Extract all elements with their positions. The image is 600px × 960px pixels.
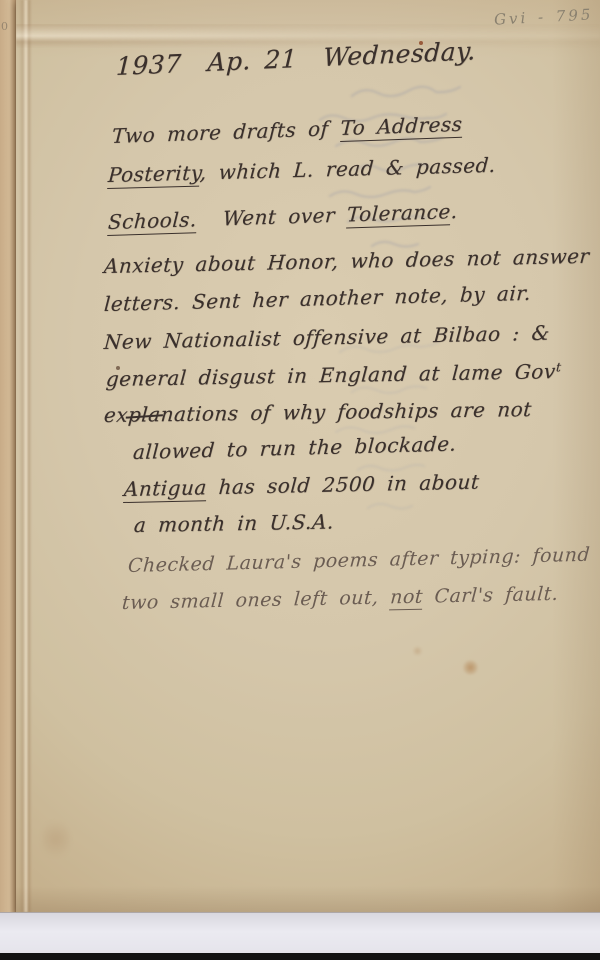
backdrop-edge <box>0 953 600 960</box>
line-text: two small ones left out, <box>121 586 391 614</box>
vertical-fold-crease <box>19 0 32 912</box>
underlined-word: not <box>389 586 423 611</box>
entry-month-day: Ap. 21 <box>207 44 298 77</box>
underlined-title: Tolerance <box>346 199 451 228</box>
diary-line: letters. Sent her another note, by air. <box>103 281 531 316</box>
red-speck <box>419 41 423 45</box>
line-text: has sold 2500 in about <box>206 470 480 500</box>
line-text: general disgust in England at lame Gov <box>105 359 556 391</box>
diary-line: general disgust in England at lame Govt <box>105 359 562 391</box>
struck-out-letters: pla <box>127 402 161 426</box>
line-text: New Nationalist offensive at Bilbao : & <box>103 321 551 354</box>
line-text: Two more drafts of <box>111 116 341 148</box>
line-text: , which L. read & passed. <box>199 153 496 185</box>
diary-line: Two more drafts of To Address <box>111 112 463 148</box>
diary-line: explanations of why foodships are not <box>103 397 533 427</box>
line-text: Went over <box>222 202 347 230</box>
diary-line: New Nationalist offensive at Bilbao : & <box>103 321 551 354</box>
diary-line: a month in U.S.A. <box>133 509 335 537</box>
line-text: Checked Laura's poems after typing: foun… <box>127 544 591 577</box>
line-text: a month in U.S.A. <box>133 509 335 537</box>
line-text: . <box>450 199 458 223</box>
entry-year: 1937 <box>115 49 182 81</box>
diary-line: Checked Laura's poems after typing: foun… <box>127 544 591 577</box>
screenshot-root: 0 <box>0 0 600 960</box>
superscript-abbrev: t <box>556 359 563 374</box>
diary-line: Schools.Went over Tolerance. <box>107 199 458 234</box>
edge-smudge <box>42 816 70 862</box>
underlined-title: Posterity <box>107 161 201 189</box>
fox-spot <box>412 646 423 656</box>
underlined-title: To Address <box>340 112 463 142</box>
line-text: nations of why foodships are not <box>160 397 533 426</box>
corner-mark: 0 <box>1 20 8 33</box>
line-text: letters. Sent her another note, by air. <box>103 281 531 316</box>
mat-strip <box>0 912 600 954</box>
ink-fleck <box>116 366 120 370</box>
diary-line: allowed to run the blockade. <box>132 432 457 465</box>
line-text: Carl's fault. <box>422 583 559 608</box>
diary-page: Gvi - 795 1937Ap. 21Wednesday. Two more … <box>16 0 600 912</box>
underlying-page-edge <box>0 0 17 912</box>
manuscript-photo: 0 <box>0 0 600 912</box>
entry-weekday: Wednesday. <box>323 36 477 72</box>
diary-line: Antigua has sold 2500 in about <box>123 470 480 501</box>
line-text: ex <box>103 403 129 427</box>
line-text: allowed to run the blockade. <box>132 432 457 465</box>
underlined-word: Schools. <box>107 207 197 236</box>
underlined-title: Antigua <box>123 475 208 503</box>
diary-line: two small ones left out, not Carl's faul… <box>121 583 559 614</box>
line-text: Anxiety about Honor, who does not answer <box>103 244 590 278</box>
diary-line: Posterity, which L. read & passed. <box>107 153 496 187</box>
diary-line: Anxiety about Honor, who does not answer <box>103 244 590 278</box>
fox-spot <box>462 660 479 675</box>
